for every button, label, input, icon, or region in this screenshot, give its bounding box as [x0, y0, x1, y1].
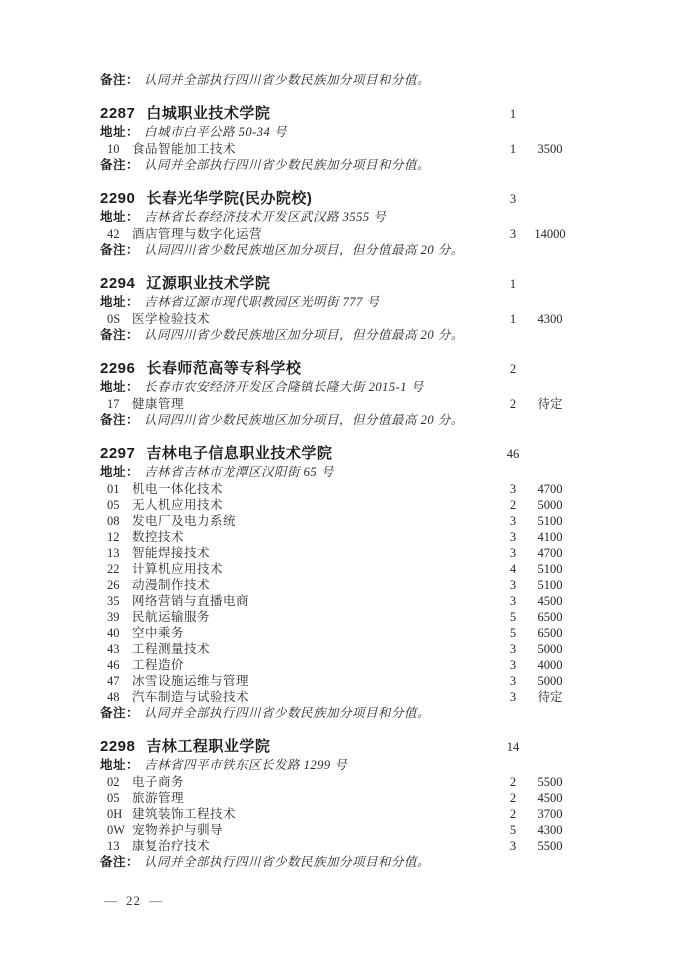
major-row: 22计算机应用技术 4 5100: [0, 561, 680, 577]
major-name: 空中乘务: [132, 626, 184, 640]
major-fee: 4700: [527, 545, 573, 561]
major-count: 2: [496, 396, 530, 412]
page-footer: —22—: [104, 893, 163, 909]
major-row: 01机电一体化技术 3 4700: [0, 481, 680, 497]
major-row: 17健康管理 2 待定: [0, 396, 680, 412]
school-remark-row: 备注：认同四川省少数民族地区加分项目，但分值最高 20 分。: [0, 242, 680, 259]
major-name: 医学检验技术: [132, 312, 210, 326]
major-name: 无人机应用技术: [132, 498, 223, 512]
major-fee: 5100: [527, 577, 573, 593]
major-fee: 5500: [527, 774, 573, 790]
page-content: 备注：认同并全部执行四川省少数民族加分项目和分值。 2287白城职业技术学院 1…: [0, 72, 680, 871]
major-row: 05无人机应用技术 2 5000: [0, 497, 680, 513]
major-code: 43: [107, 641, 125, 657]
major-name: 康复治疗技术: [132, 839, 210, 853]
school-remark-row: 备注：认同四川省少数民族地区加分项目，但分值最高 20 分。: [0, 412, 680, 429]
major-code: 48: [107, 689, 125, 705]
school-plan-count: 46: [496, 444, 530, 464]
major-code: 22: [107, 561, 125, 577]
school-block: 2296长春师范高等专科学校 2 地址：长春市农安经济开发区合隆镇长隆大街 20…: [0, 359, 680, 429]
major-code: 46: [107, 657, 125, 673]
remark-label: 备注：: [100, 413, 139, 427]
major-row: 48汽车制造与试验技术 3 待定: [0, 689, 680, 705]
major-name: 建筑装饰工程技术: [132, 807, 236, 821]
major-list: 10食品智能加工技术 1 3500: [0, 141, 680, 157]
address-text: 长春市农安经济开发区合隆镇长隆大街 2015-1 号: [144, 380, 424, 394]
address-label: 地址：: [100, 380, 139, 394]
school-remark-row: 备注：认同并全部执行四川省少数民族加分项目和分值。: [0, 157, 680, 174]
major-fee: 3700: [527, 806, 573, 822]
remark-label: 备注：: [100, 328, 139, 342]
major-row: 13康复治疗技术 3 5500: [0, 838, 680, 854]
major-name: 网络营销与直播电商: [132, 594, 249, 608]
school-plan-count: 2: [496, 359, 530, 379]
major-code: 0W: [107, 822, 125, 838]
school-list: 2287白城职业技术学院 1 地址：白城市白平公路 50-34 号 10食品智能…: [0, 104, 680, 871]
major-count: 1: [496, 311, 530, 327]
school-header-row: 2287白城职业技术学院 1: [0, 104, 680, 124]
remark-text: 认同并全部执行四川省少数民族加分项目和分值。: [144, 706, 430, 720]
major-row: 43工程测量技术 3 5000: [0, 641, 680, 657]
major-code: 13: [107, 545, 125, 561]
major-name: 机电一体化技术: [132, 482, 223, 496]
remark-text: 认同四川省少数民族地区加分项目，但分值最高 20 分。: [144, 328, 464, 342]
school-address-row: 地址：吉林省长春经济技术开发区武汉路 3555 号: [0, 209, 680, 226]
school-name: 白城职业技术学院: [146, 105, 270, 122]
school-address-row: 地址：白城市白平公路 50-34 号: [0, 124, 680, 141]
major-row: 39民航运输服务 5 6500: [0, 609, 680, 625]
remark-label: 备注：: [100, 706, 139, 720]
major-count: 3: [496, 481, 530, 497]
major-list: 42酒店管理与数字化运营 3 14000: [0, 226, 680, 242]
major-name: 冰雪设施运维与管理: [132, 674, 249, 688]
school-block: 2290长春光华学院(民办院校) 3 地址：吉林省长春经济技术开发区武汉路 35…: [0, 189, 680, 259]
remark-label: 备注：: [100, 243, 139, 257]
major-code: 02: [107, 774, 125, 790]
school-plan-count: 14: [496, 737, 530, 757]
major-fee: 6500: [527, 625, 573, 641]
major-row: 40空中乘务 5 6500: [0, 625, 680, 641]
school-plan-count: 1: [496, 274, 530, 294]
major-code: 08: [107, 513, 125, 529]
school-code: 2297: [100, 445, 135, 462]
major-fee: 待定: [527, 689, 573, 705]
major-count: 2: [496, 806, 530, 822]
remark-text: 认同并全部执行四川省少数民族加分项目和分值。: [144, 158, 430, 172]
major-fee: 5500: [527, 838, 573, 854]
carryover-remark-row: 备注：认同并全部执行四川省少数民族加分项目和分值。: [0, 72, 680, 89]
major-name: 数控技术: [132, 530, 184, 544]
major-row: 08发电厂及电力系统 3 5100: [0, 513, 680, 529]
major-name: 民航运输服务: [132, 610, 210, 624]
major-row: 0H建筑装饰工程技术 2 3700: [0, 806, 680, 822]
major-code: 26: [107, 577, 125, 593]
major-code: 0H: [107, 806, 125, 822]
school-name: 长春光华学院(民办院校): [146, 190, 312, 207]
major-fee: 14000: [527, 226, 573, 242]
major-fee: 4100: [527, 529, 573, 545]
major-name: 电子商务: [132, 775, 184, 789]
school-name: 吉林电子信息职业技术学院: [146, 445, 332, 462]
remark-label: 备注：: [100, 73, 139, 87]
school-name: 辽源职业技术学院: [146, 275, 270, 292]
major-name: 酒店管理与数字化运营: [132, 227, 262, 241]
remark-label: 备注：: [100, 158, 139, 172]
major-row: 05旅游管理 2 4500: [0, 790, 680, 806]
major-count: 3: [496, 593, 530, 609]
major-name: 智能焊接技术: [132, 546, 210, 560]
school-code: 2298: [100, 738, 135, 755]
address-text: 白城市白平公路 50-34 号: [144, 125, 287, 139]
major-list: 17健康管理 2 待定: [0, 396, 680, 412]
major-count: 4: [496, 561, 530, 577]
major-code: 17: [107, 396, 125, 412]
major-fee: 5000: [527, 673, 573, 689]
school-header-row: 2294辽源职业技术学院 1: [0, 274, 680, 294]
major-code: 12: [107, 529, 125, 545]
school-code: 2290: [100, 190, 135, 207]
address-label: 地址：: [100, 758, 139, 772]
major-count: 5: [496, 625, 530, 641]
major-count: 2: [496, 790, 530, 806]
footer-dash-right: —: [149, 893, 163, 908]
school-address-row: 地址：吉林省四平市铁东区长发路 1299 号: [0, 757, 680, 774]
major-code: 39: [107, 609, 125, 625]
remark-label: 备注：: [100, 855, 139, 869]
major-fee: 4300: [527, 311, 573, 327]
major-code: 01: [107, 481, 125, 497]
major-count: 3: [496, 641, 530, 657]
address-text: 吉林省四平市铁东区长发路 1299 号: [144, 758, 347, 772]
address-label: 地址：: [100, 295, 139, 309]
major-row: 42酒店管理与数字化运营 3 14000: [0, 226, 680, 242]
major-list: 02电子商务 2 5500 05旅游管理 2 4500 0H建筑装饰工程技术 2…: [0, 774, 680, 854]
school-address-row: 地址：吉林省吉林市龙潭区汉阳街 65 号: [0, 464, 680, 481]
major-name: 食品智能加工技术: [132, 142, 236, 156]
major-row: 47冰雪设施运维与管理 3 5000: [0, 673, 680, 689]
school-block: 2297吉林电子信息职业技术学院 46 地址：吉林省吉林市龙潭区汉阳街 65 号…: [0, 444, 680, 722]
major-count: 3: [496, 226, 530, 242]
major-name: 动漫制作技术: [132, 578, 210, 592]
address-label: 地址：: [100, 125, 139, 139]
school-block: 2294辽源职业技术学院 1 地址：吉林省辽源市现代职教园区光明街 777 号 …: [0, 274, 680, 344]
school-code: 2287: [100, 105, 135, 122]
address-label: 地址：: [100, 210, 139, 224]
major-count: 3: [496, 657, 530, 673]
major-fee: 5000: [527, 497, 573, 513]
major-count: 5: [496, 822, 530, 838]
major-code: 47: [107, 673, 125, 689]
major-name: 健康管理: [132, 397, 184, 411]
major-count: 3: [496, 673, 530, 689]
major-name: 旅游管理: [132, 791, 184, 805]
major-count: 3: [496, 838, 530, 854]
major-row: 12数控技术 3 4100: [0, 529, 680, 545]
major-code: 40: [107, 625, 125, 641]
document-page: 备注：认同并全部执行四川省少数民族加分项目和分值。 2287白城职业技术学院 1…: [0, 0, 680, 961]
school-code: 2296: [100, 360, 135, 377]
major-code: 05: [107, 497, 125, 513]
major-code: 35: [107, 593, 125, 609]
major-count: 2: [496, 774, 530, 790]
school-block: 2298吉林工程职业学院 14 地址：吉林省四平市铁东区长发路 1299 号 0…: [0, 737, 680, 871]
remark-text: 认同并全部执行四川省少数民族加分项目和分值。: [144, 855, 430, 869]
school-plan-count: 1: [496, 104, 530, 124]
major-list: 01机电一体化技术 3 4700 05无人机应用技术 2 5000 08发电厂及…: [0, 481, 680, 705]
major-count: 3: [496, 577, 530, 593]
major-row: 10食品智能加工技术 1 3500: [0, 141, 680, 157]
major-name: 工程造价: [132, 658, 184, 672]
school-name: 吉林工程职业学院: [146, 738, 270, 755]
school-address-row: 地址：长春市农安经济开发区合隆镇长隆大街 2015-1 号: [0, 379, 680, 396]
major-count: 5: [496, 609, 530, 625]
major-row: 0S医学检验技术 1 4300: [0, 311, 680, 327]
major-name: 宠物养护与驯导: [132, 823, 223, 837]
major-fee: 6500: [527, 609, 573, 625]
school-remark-row: 备注：认同四川省少数民族地区加分项目，但分值最高 20 分。: [0, 327, 680, 344]
address-text: 吉林省长春经济技术开发区武汉路 3555 号: [144, 210, 386, 224]
major-row: 26动漫制作技术 3 5100: [0, 577, 680, 593]
major-fee: 4300: [527, 822, 573, 838]
major-name: 汽车制造与试验技术: [132, 690, 249, 704]
major-code: 13: [107, 838, 125, 854]
major-row: 46工程造价 3 4000: [0, 657, 680, 673]
major-row: 02电子商务 2 5500: [0, 774, 680, 790]
footer-dash-left: —: [104, 893, 118, 908]
major-fee: 5100: [527, 513, 573, 529]
school-plan-count: 3: [496, 189, 530, 209]
address-label: 地址：: [100, 465, 139, 479]
school-block: 2287白城职业技术学院 1 地址：白城市白平公路 50-34 号 10食品智能…: [0, 104, 680, 174]
school-name: 长春师范高等专科学校: [146, 360, 301, 377]
school-header-row: 2290长春光华学院(民办院校) 3: [0, 189, 680, 209]
major-name: 工程测量技术: [132, 642, 210, 656]
major-count: 3: [496, 689, 530, 705]
major-count: 3: [496, 545, 530, 561]
major-count: 3: [496, 529, 530, 545]
major-code: 42: [107, 226, 125, 242]
major-list: 0S医学检验技术 1 4300: [0, 311, 680, 327]
major-row: 0W宠物养护与驯导 5 4300: [0, 822, 680, 838]
major-fee: 5000: [527, 641, 573, 657]
major-count: 3: [496, 513, 530, 529]
page-number: 22: [126, 893, 141, 908]
remark-text: 认同四川省少数民族地区加分项目，但分值最高 20 分。: [144, 413, 464, 427]
major-row: 13智能焊接技术 3 4700: [0, 545, 680, 561]
school-header-row: 2296长春师范高等专科学校 2: [0, 359, 680, 379]
address-text: 吉林省辽源市现代职教园区光明街 777 号: [144, 295, 380, 309]
major-code: 0S: [107, 311, 125, 327]
major-code: 10: [107, 141, 125, 157]
major-count: 2: [496, 497, 530, 513]
major-fee: 4500: [527, 790, 573, 806]
major-count: 1: [496, 141, 530, 157]
school-header-row: 2297吉林电子信息职业技术学院 46: [0, 444, 680, 464]
major-code: 05: [107, 790, 125, 806]
major-fee: 4700: [527, 481, 573, 497]
major-fee: 5100: [527, 561, 573, 577]
school-remark-row: 备注：认同并全部执行四川省少数民族加分项目和分值。: [0, 705, 680, 722]
major-fee: 待定: [527, 396, 573, 412]
remark-text: 认同四川省少数民族地区加分项目，但分值最高 20 分。: [144, 243, 464, 257]
school-address-row: 地址：吉林省辽源市现代职教园区光明街 777 号: [0, 294, 680, 311]
major-fee: 4500: [527, 593, 573, 609]
school-header-row: 2298吉林工程职业学院 14: [0, 737, 680, 757]
major-name: 发电厂及电力系统: [132, 514, 236, 528]
school-code: 2294: [100, 275, 135, 292]
major-fee: 4000: [527, 657, 573, 673]
major-row: 35网络营销与直播电商 3 4500: [0, 593, 680, 609]
remark-text: 认同并全部执行四川省少数民族加分项目和分值。: [144, 73, 430, 87]
major-name: 计算机应用技术: [132, 562, 223, 576]
school-remark-row: 备注：认同并全部执行四川省少数民族加分项目和分值。: [0, 854, 680, 871]
address-text: 吉林省吉林市龙潭区汉阳街 65 号: [144, 465, 334, 479]
major-fee: 3500: [527, 141, 573, 157]
